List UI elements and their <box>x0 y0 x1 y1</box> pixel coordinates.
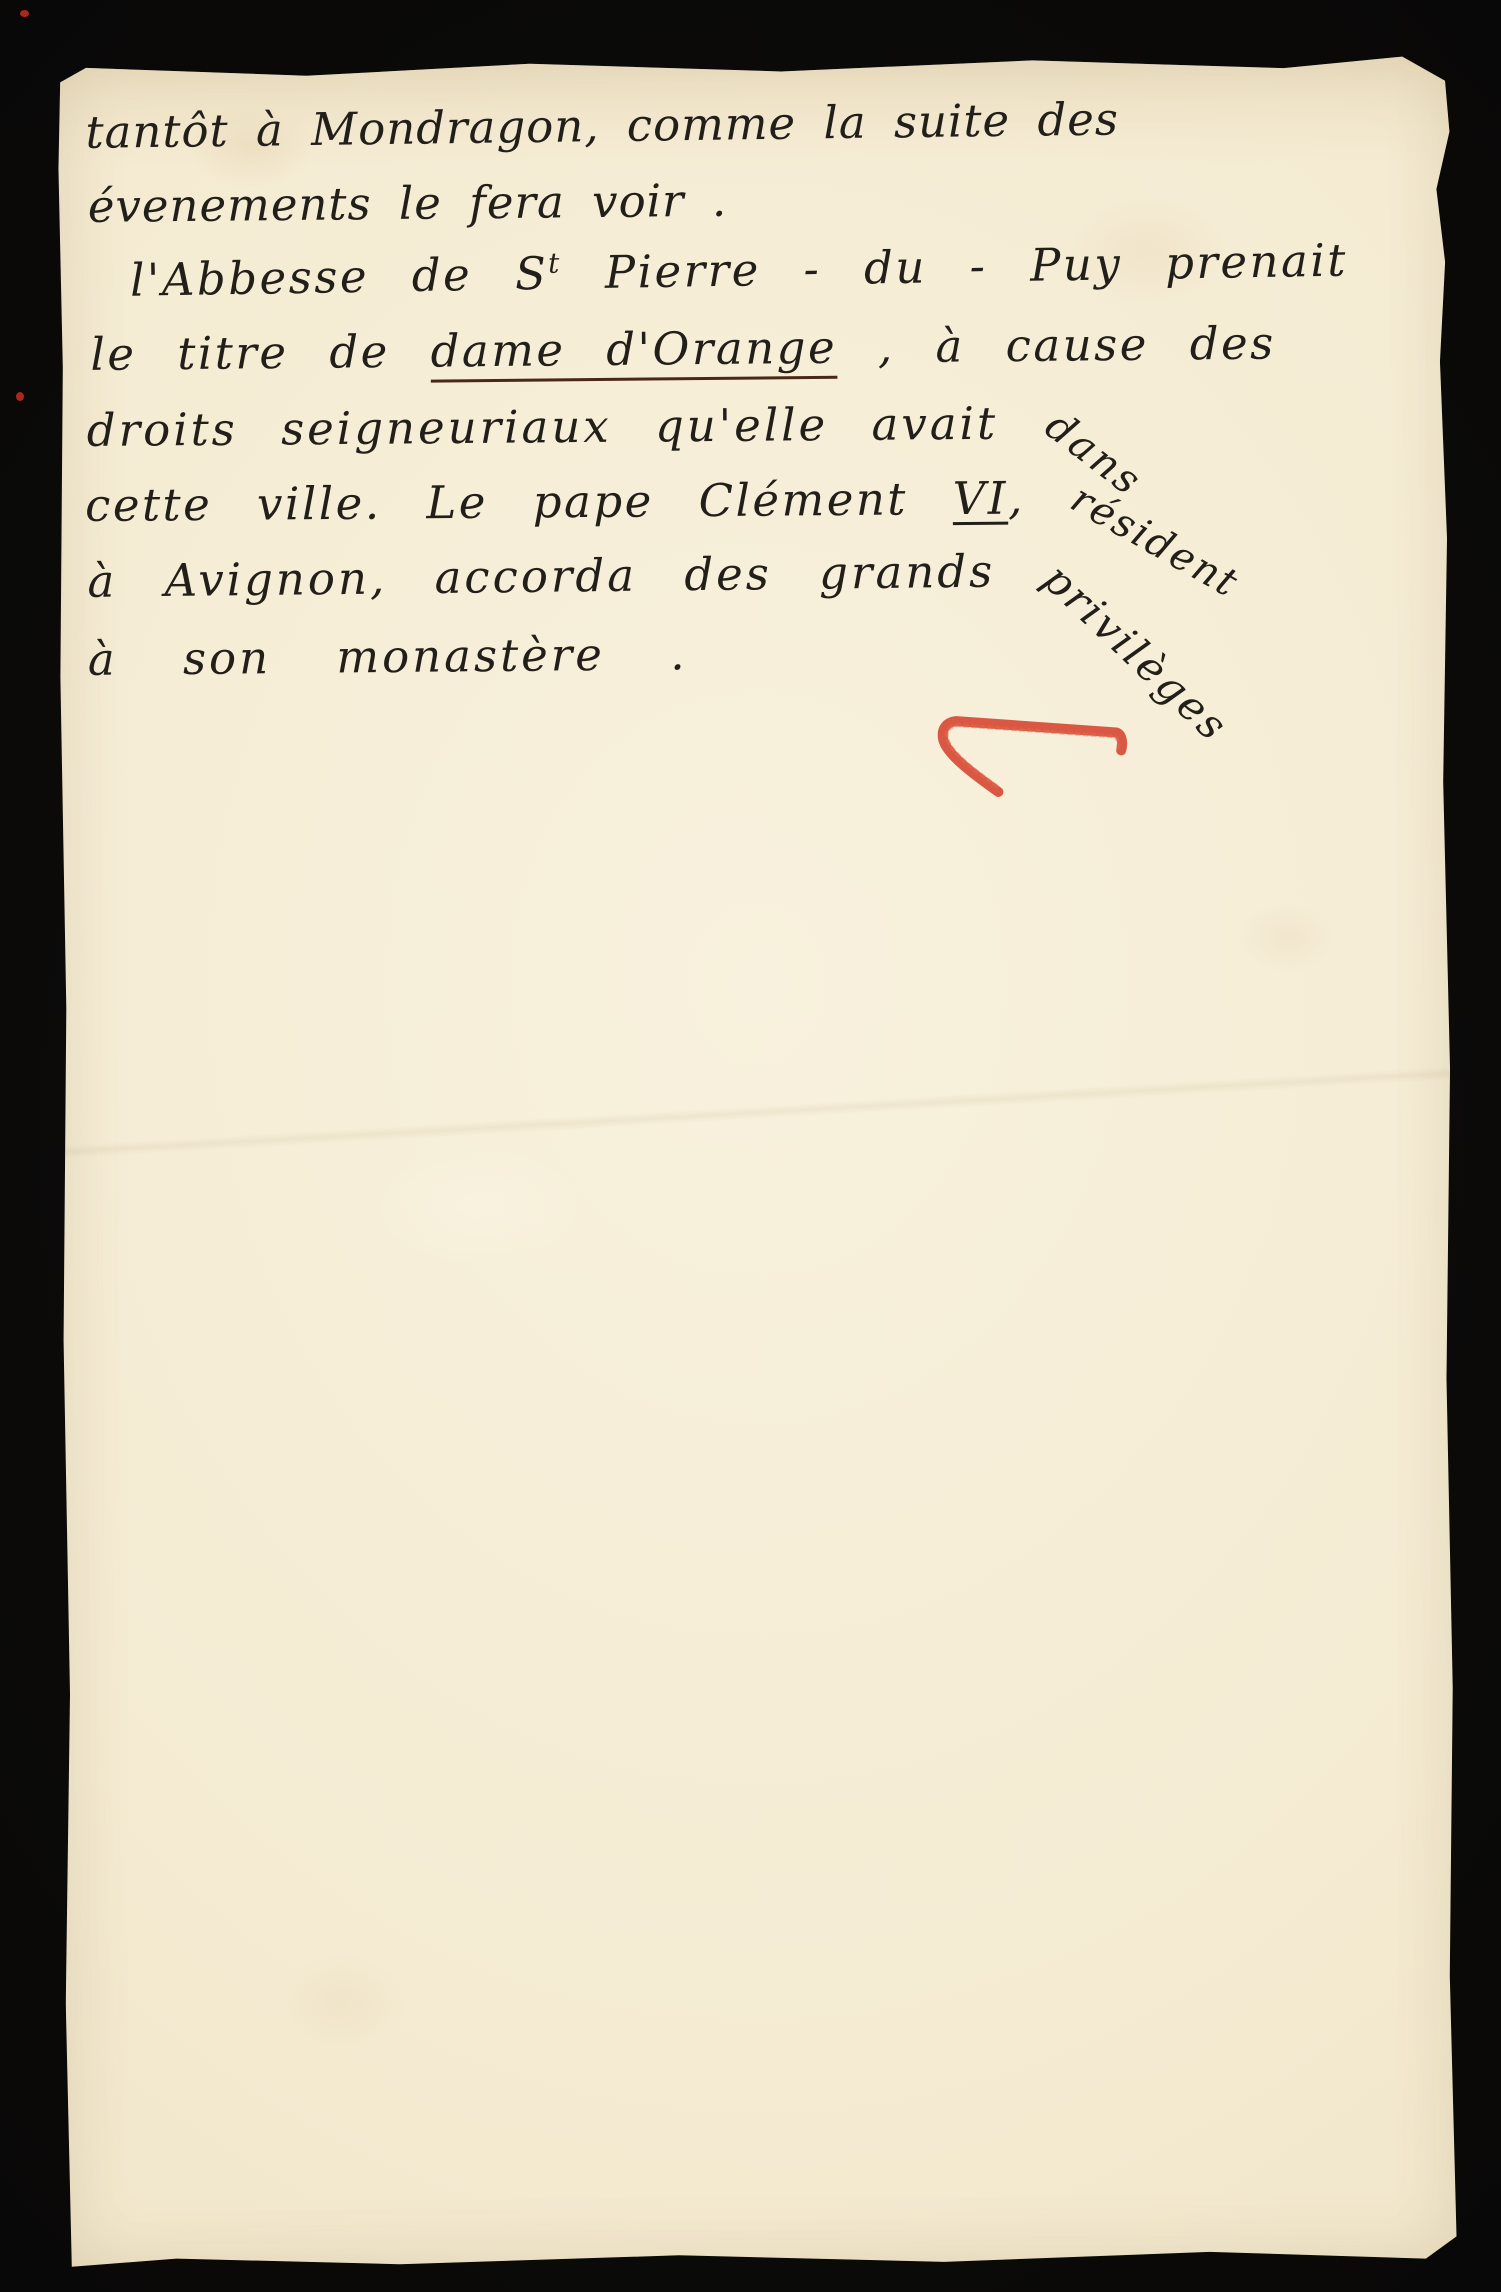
text-segment: tantôt à Mondragon, comme la suite des <box>85 92 1119 159</box>
text-segment: le titre de <box>90 325 431 381</box>
manuscript-line: tantôt à Mondragon, comme la suite des <box>85 92 1119 159</box>
text-segment: à Avignon, accorda des grands <box>87 544 1043 608</box>
manuscript-line: à Avignon, accorda des grands privilèges <box>87 541 1279 608</box>
text-segment: évenements le fera voir . <box>88 174 728 233</box>
text-segment: t <box>548 247 562 280</box>
text-segment: l'Abbesse de S <box>130 247 549 307</box>
red-speck-artifact <box>16 392 24 401</box>
text-segment: droits seigneuriaux qu'elle avait <box>87 396 1042 456</box>
underlined-text: dame d'Orange <box>430 321 837 378</box>
text-segment: , <box>1008 471 1070 524</box>
red-crayon-mark <box>918 701 1148 812</box>
manuscript-line: évenements le fera voir . <box>88 174 728 233</box>
manuscript-line: à son monastère . <box>88 627 688 686</box>
manuscript-line: droits seigneuriaux qu'elle avait dans <box>87 396 1151 457</box>
underlined-text: VI <box>952 472 1008 525</box>
manuscript-page: tantôt à Mondragon, comme la suite desév… <box>55 52 1461 2269</box>
manuscript-line: le titre de dame d'Orange , à cause des <box>90 317 1276 381</box>
manuscript-line: cette ville. Le pape Clément VI, résiden… <box>85 470 1255 532</box>
scan-background: tantôt à Mondragon, comme la suite desév… <box>0 0 1501 2292</box>
text-segment: , à cause des <box>837 317 1276 374</box>
text-segment: Pierre - du - Puy prenait <box>562 234 1349 300</box>
text-segment: cette ville. Le pape Clément <box>85 472 953 532</box>
manuscript-line: l'Abbesse de St Pierre - du - Puy prenai… <box>130 234 1349 307</box>
red-speck-artifact <box>20 10 29 17</box>
handwritten-text: tantôt à Mondragon, comme la suite desév… <box>55 52 1461 2269</box>
text-segment: à son monastère . <box>88 627 688 686</box>
